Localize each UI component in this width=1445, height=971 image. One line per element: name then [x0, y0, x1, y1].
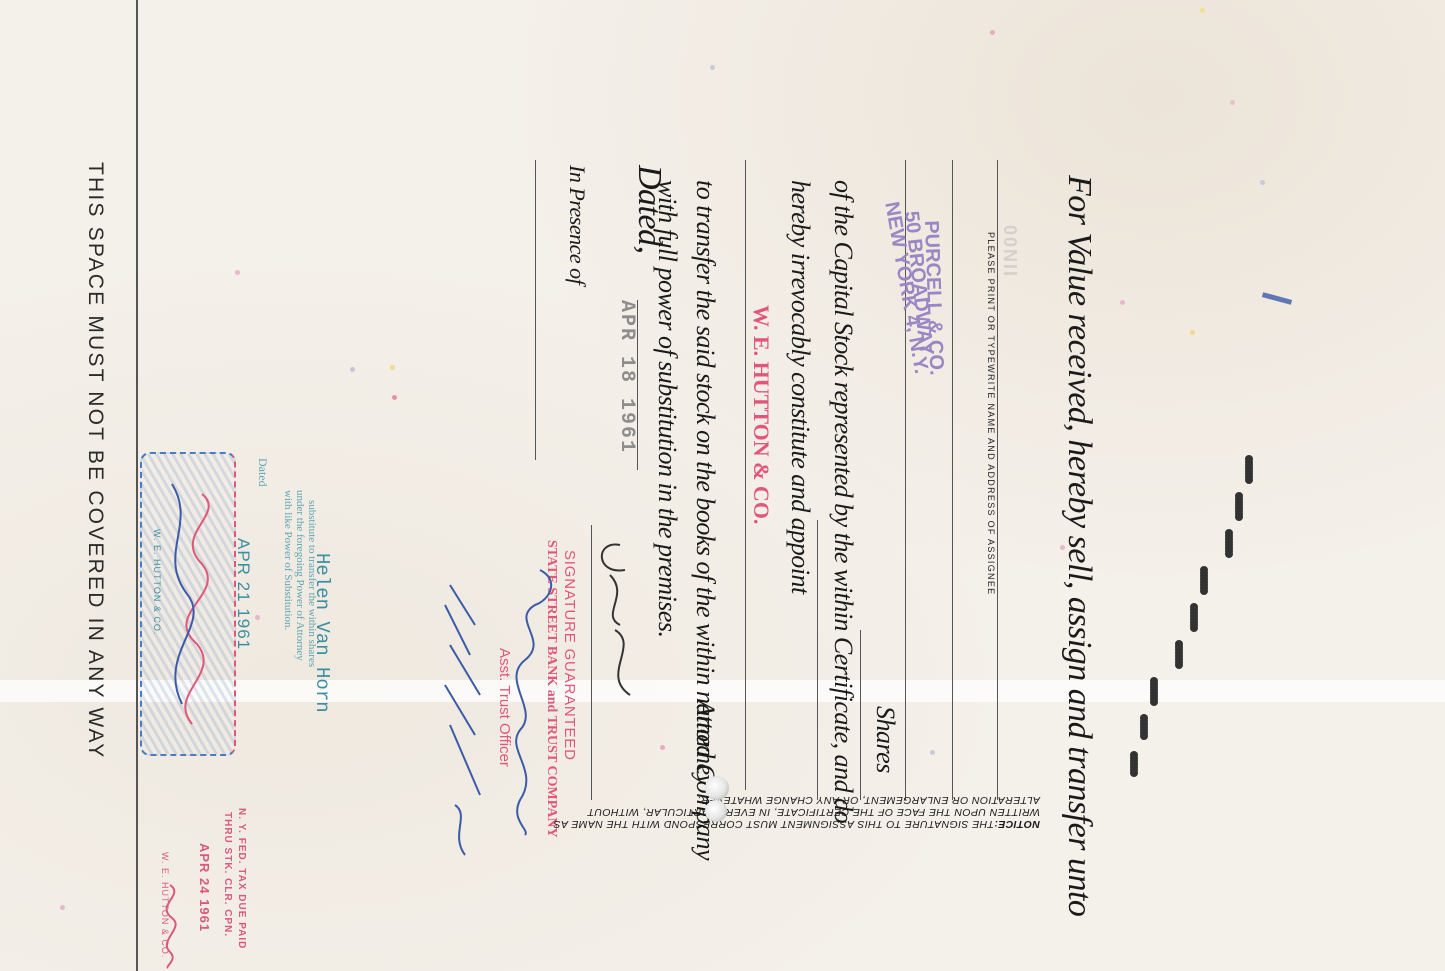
tax-stamp-signature — [150, 880, 190, 970]
tax-line-2: THRU STK. CLR. CPN. — [222, 812, 233, 937]
tax-line-3: APR 24 1961 — [197, 843, 212, 932]
margin-notice: THIS SPACE MUST NOT BE COVERED IN ANY WA… — [83, 162, 107, 759]
perforation-dot — [1190, 624, 1198, 632]
appoint-line — [817, 520, 818, 800]
assignee-line-1 — [997, 160, 998, 800]
shares-line — [860, 630, 861, 800]
margin-rule — [136, 0, 138, 971]
hutton-signature-box: W. E. HUTTON & CO. — [140, 452, 236, 756]
notice-body: THE SIGNATURE TO THIS ASSIGNMENT MUST CO… — [553, 794, 1040, 830]
substitute-text-2: under the foregoing Power of Attorney — [294, 490, 306, 661]
perforation-dot — [1175, 661, 1183, 669]
perforation-dot — [1245, 476, 1253, 484]
hutton-box-caption: W. E. HUTTON & CO. — [152, 529, 162, 635]
for-value-received-text: For Value received, hereby sell, assign … — [1060, 175, 1098, 916]
attorney-firm-stamp: W. E. HUTTON & CO. — [748, 305, 774, 524]
substitute-text-3: with like Power of Substitution. — [282, 490, 294, 630]
punch-hole-2 — [705, 800, 727, 822]
perforation-dot — [1130, 769, 1138, 777]
witness-line — [535, 160, 536, 460]
substitute-text-1: substitute to transfer the within shares — [306, 500, 318, 667]
dated-stamp: APR 18 1961 — [615, 300, 638, 454]
irrevocably-appoint-text: hereby irrevocably constitute and appoin… — [785, 180, 815, 594]
substitute-date: APR 21 1961 — [233, 538, 253, 650]
substitute-dated-label: Dated — [255, 458, 270, 487]
attorney-line — [745, 160, 746, 790]
perforation-dot — [1150, 698, 1158, 706]
attorney-signature — [430, 575, 490, 875]
perforation-dot — [1235, 513, 1243, 521]
perforation-dot — [1140, 732, 1148, 740]
capital-stock-text: of the Capital Stock represented by the … — [828, 180, 858, 823]
notice-label: NOTICE: — [994, 818, 1040, 830]
perforation-dot — [1225, 550, 1233, 558]
shares-label: Shares — [870, 706, 900, 773]
punch-hole-1 — [705, 776, 729, 800]
assignor-signature — [590, 535, 650, 705]
assignee-caption: PLEASE PRINT OR TYPEWRITE NAME AND ADDRE… — [986, 232, 996, 595]
in-presence-of-label: In Presence of — [564, 165, 590, 284]
assignee-line-2 — [952, 160, 953, 800]
faint-serial: 00NII — [999, 225, 1020, 278]
tax-line-1: N. Y. FED. TAX DUE PAID — [236, 808, 247, 949]
transfer-stock-text: to transfer the said stock on the books … — [690, 180, 720, 860]
notice-text: NOTICE:THE SIGNATURE TO THIS ASSIGNMENT … — [530, 794, 1040, 830]
perforation-dot — [1200, 587, 1208, 595]
dated-label: Dated, — [630, 165, 668, 254]
